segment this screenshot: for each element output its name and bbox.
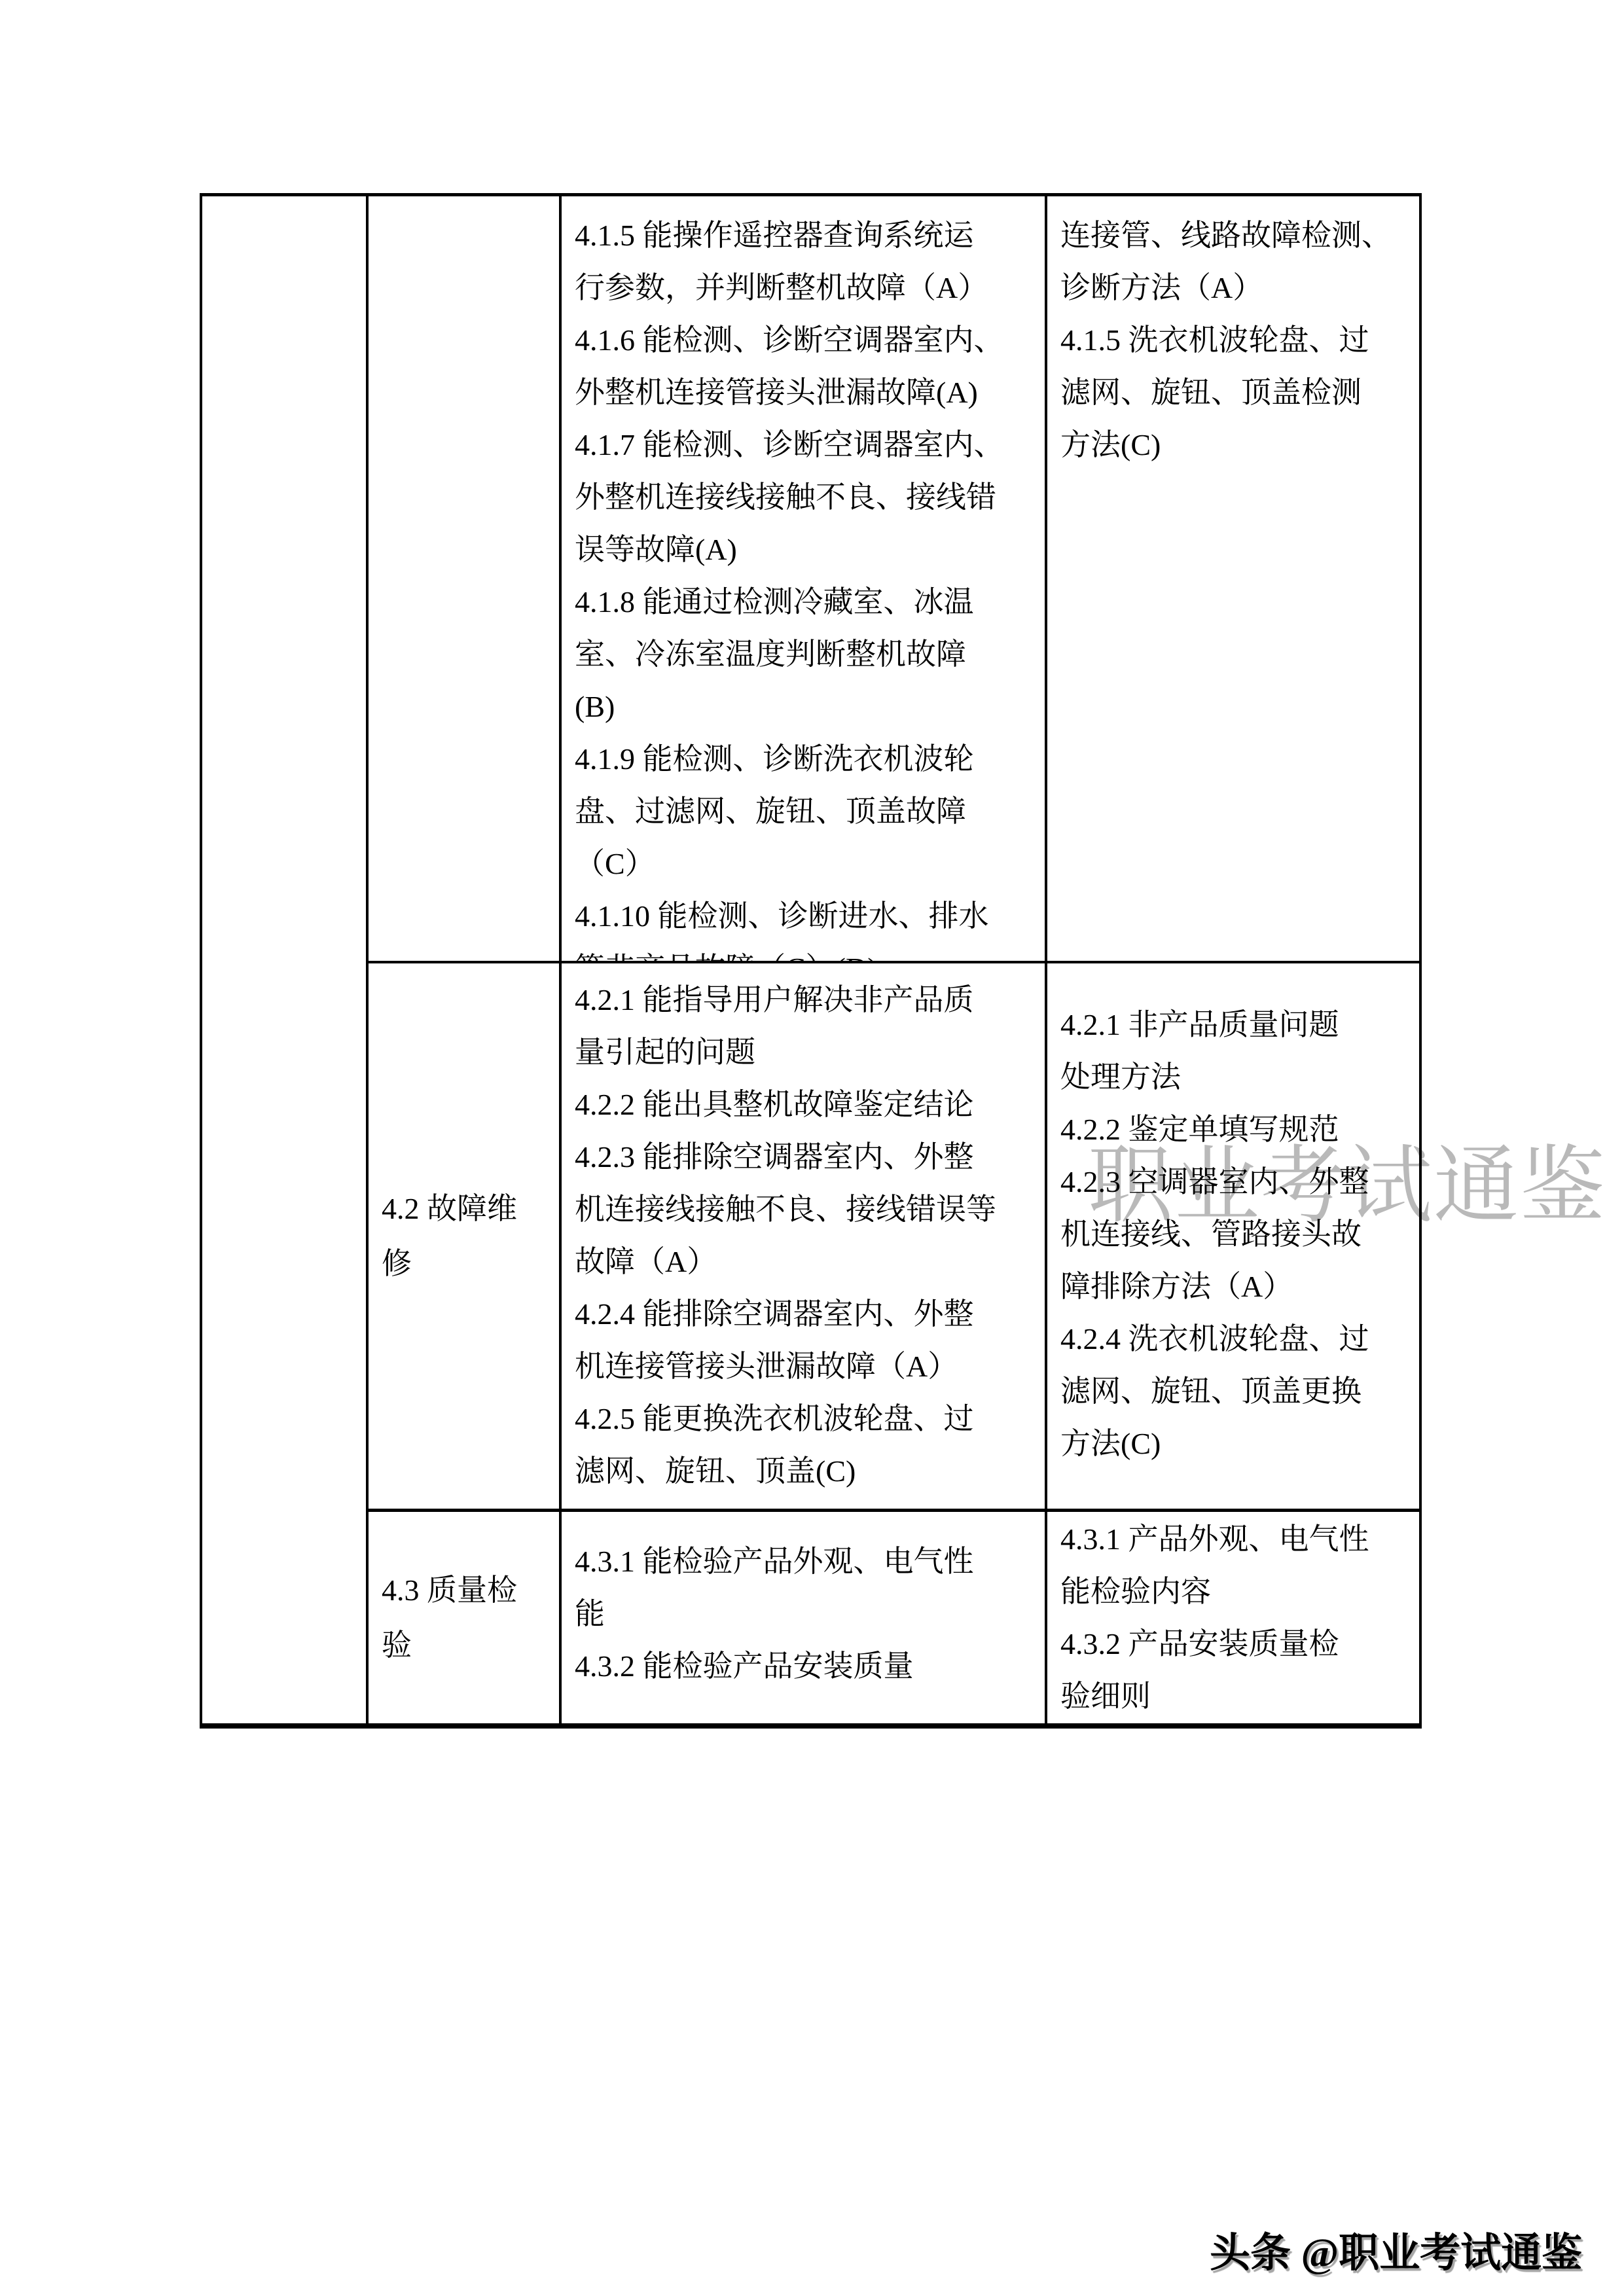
- category-cell-row1: [369, 196, 562, 961]
- knowledge-cell-fault-repair: 4.2.1 非产品质量问题 处理方法 4.2.2 鉴定单填写规范 4.2.3 空…: [1047, 961, 1419, 1509]
- category-cell-quality-inspection: 4.3 质量检 验: [369, 1509, 562, 1723]
- skills-cell-fault-repair: 4.2.1 能指导用户解决非产品质 量引起的问题 4.2.2 能出具整机故障鉴定…: [562, 961, 1047, 1509]
- skills-cell-row1: 4.1.5 能操作遥控器查询系统运 行参数，并判断整机故障（A） 4.1.6 能…: [562, 196, 1047, 961]
- skills-cell-quality-inspection: 4.3.1 能检验产品外观、电气性 能 4.3.2 能检验产品安装质量: [562, 1509, 1047, 1723]
- knowledge-cell-row1: 连接管、线路故障检测、 诊断方法（A） 4.1.5 洗衣机波轮盘、过 滤网、旋钮…: [1047, 196, 1419, 961]
- skill-standard-table: 4.1.5 能操作遥控器查询系统运 行参数，并判断整机故障（A） 4.1.6 能…: [200, 193, 1422, 1729]
- knowledge-cell-quality-inspection: 4.3.1 产品外观、电气性 能检验内容 4.3.2 产品安装质量检 验细则: [1047, 1509, 1419, 1723]
- merged-left-column-cell: [202, 196, 369, 1723]
- category-cell-fault-repair: 4.2 故障维 修: [369, 961, 562, 1509]
- toutiao-credit-footer: 头条 @职业考试通鉴: [1210, 2231, 1582, 2276]
